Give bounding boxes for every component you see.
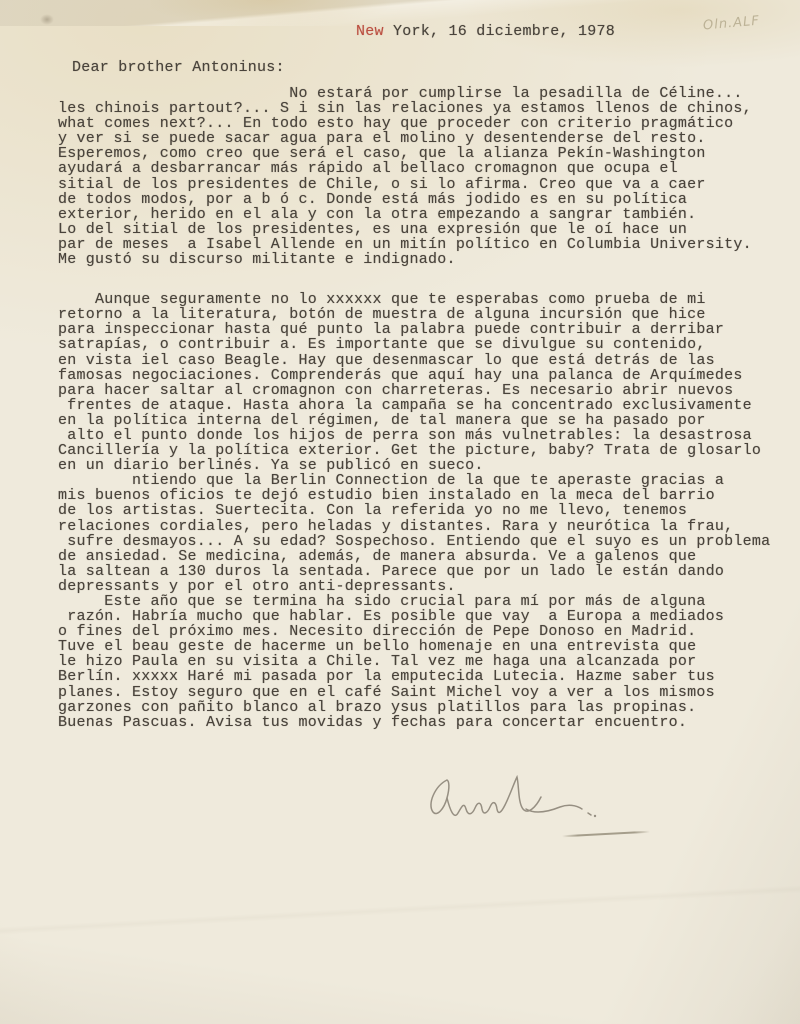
letter-paragraph-1: No estará por cumplirse la pesadilla de … — [58, 86, 778, 267]
date-rest: York, 16 diciembre, 1978 — [384, 23, 615, 40]
letter-paragraph-3: ntiendo que la Berlin Connection de la q… — [58, 473, 778, 594]
paper-crease — [0, 880, 800, 940]
letter-sheet: Oln.ALF New York, 16 diciembre, 1978 Dea… — [0, 0, 800, 1024]
pencil-annotation: Oln.ALF — [702, 14, 760, 34]
date-line: New York, 16 diciembre, 1978 — [356, 24, 615, 39]
salutation: Dear brother Antoninus: — [72, 60, 285, 75]
paper-stain — [40, 14, 54, 25]
letter-paragraph-4: Este año que se termina ha sido crucial … — [58, 594, 778, 730]
signature-scrawl — [425, 768, 635, 843]
date-city-red: New — [356, 23, 384, 40]
paper-stain — [150, 0, 390, 26]
letter-paragraph-2: Aunque seguramente no lo xxxxxx que te e… — [58, 292, 778, 473]
letter-body: No estará por cumplirse la pesadilla de … — [58, 86, 778, 730]
